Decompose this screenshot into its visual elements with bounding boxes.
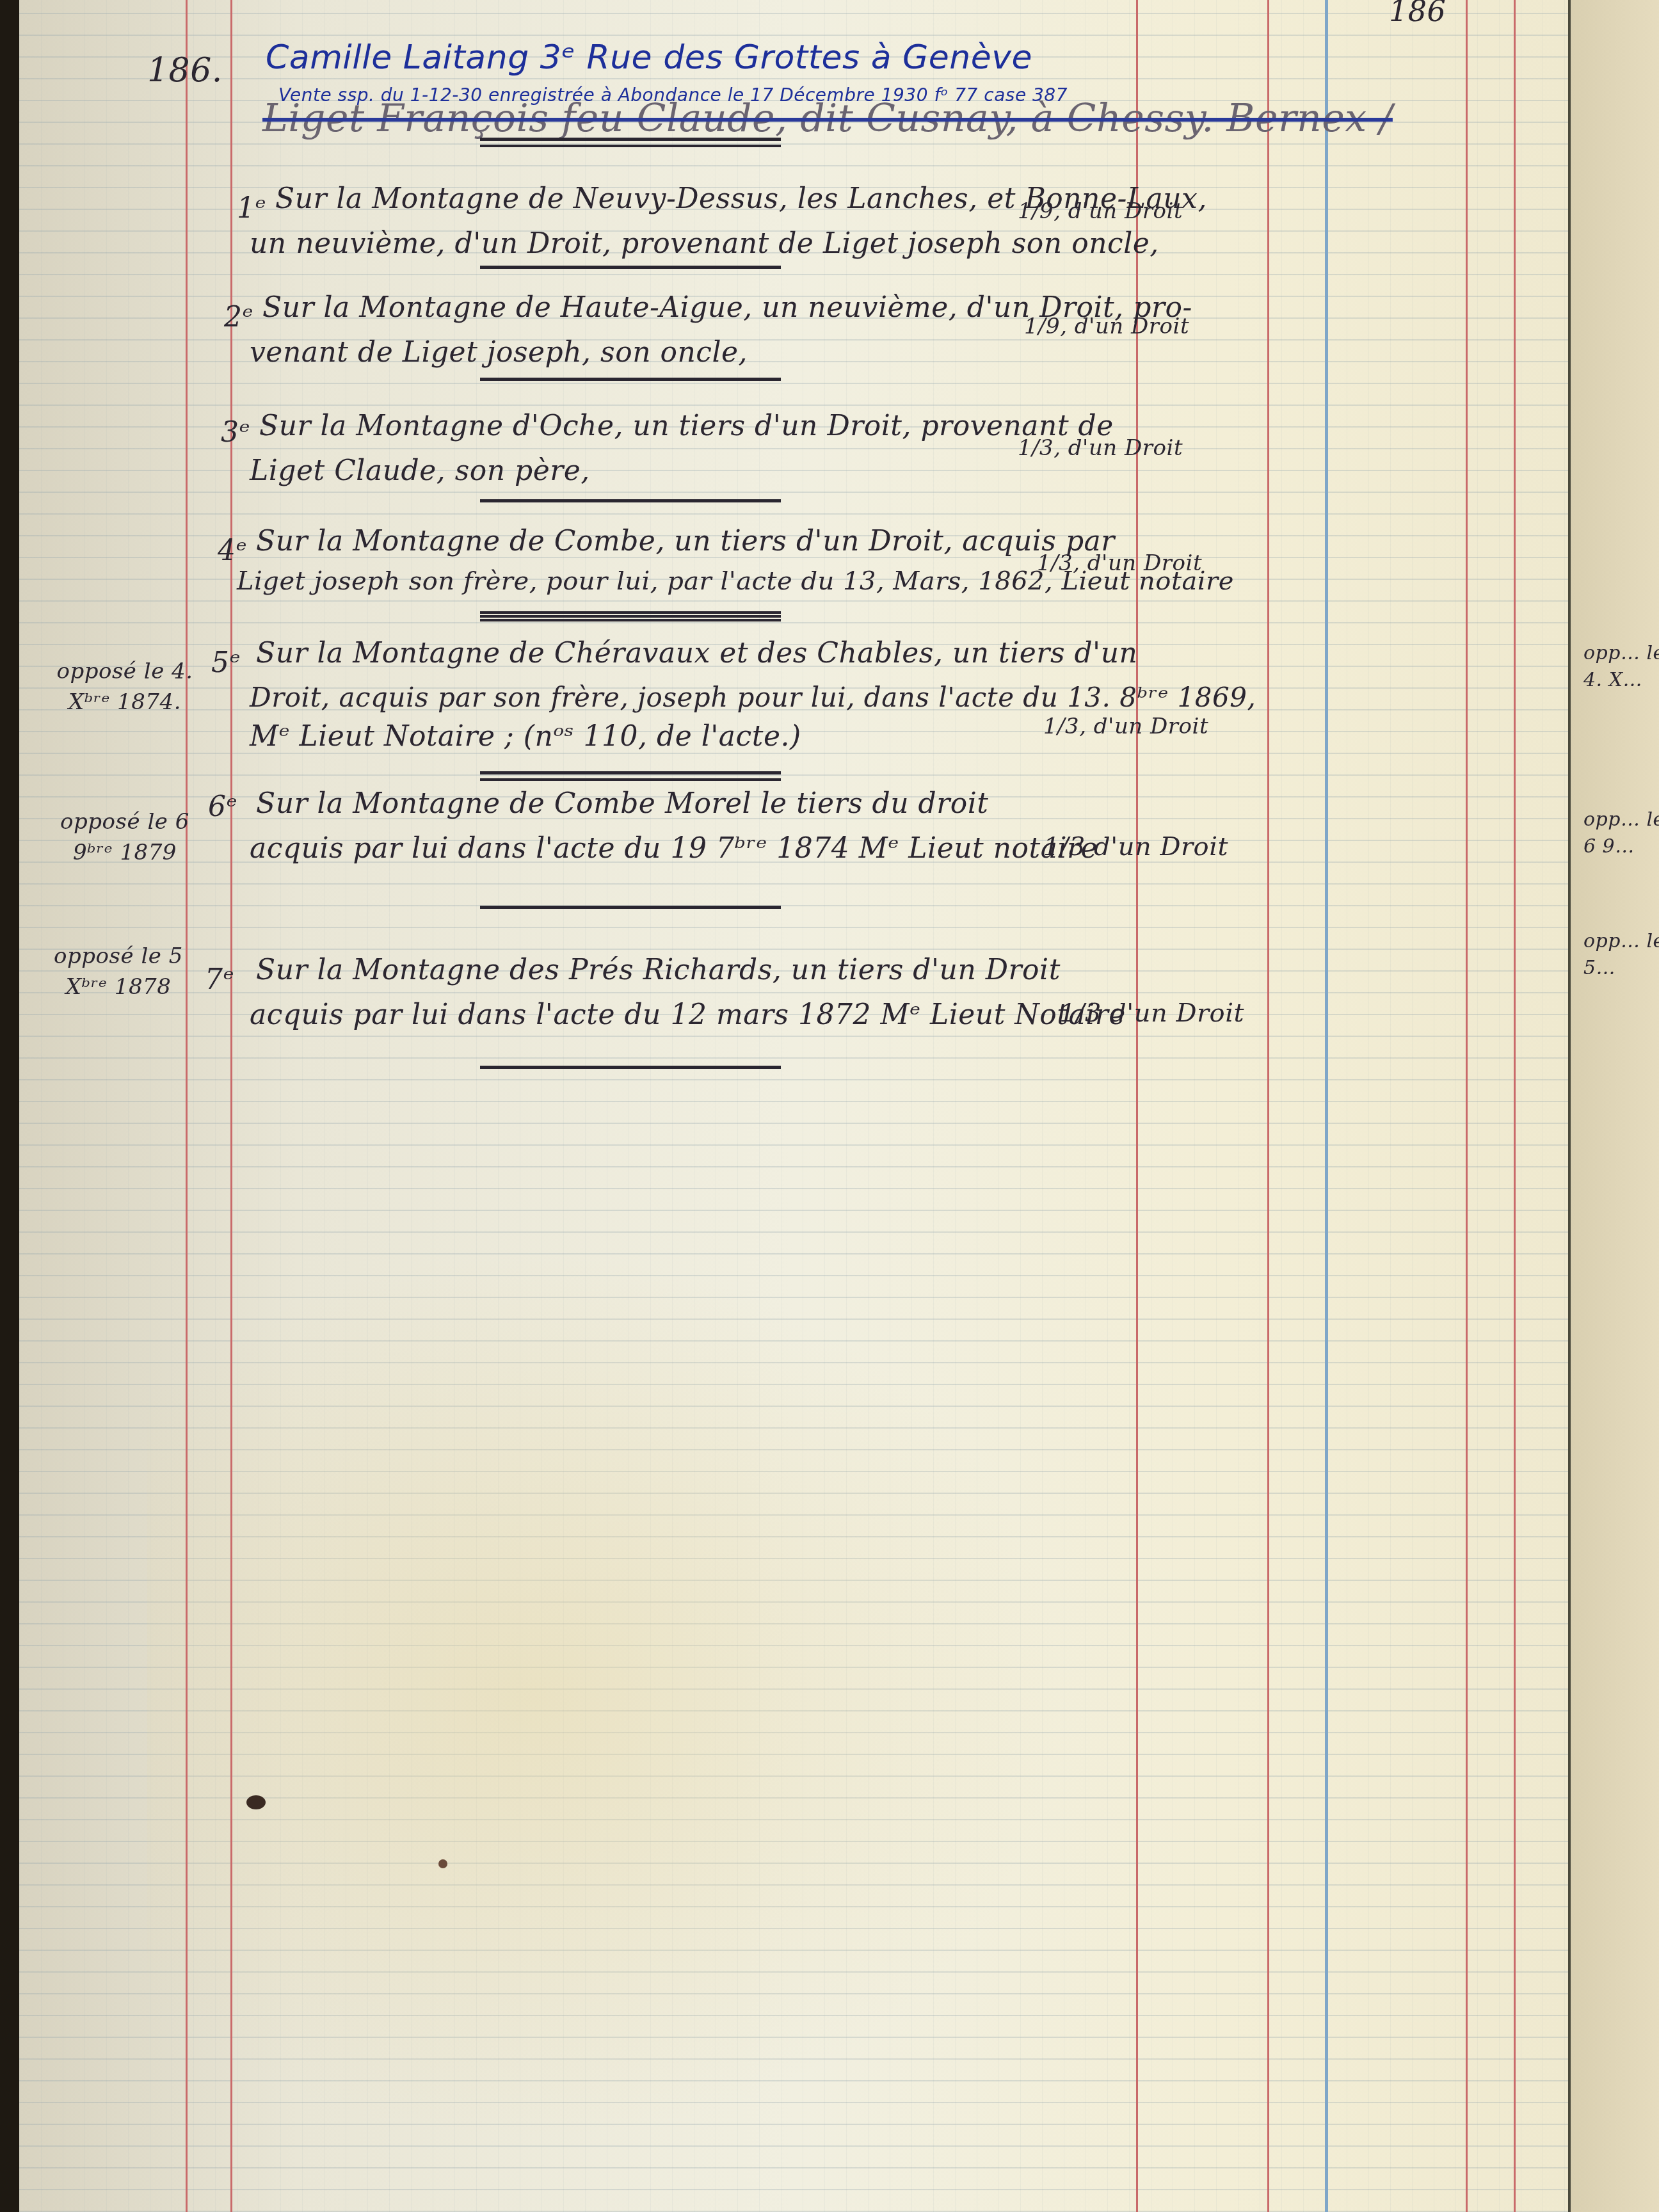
entry-rule	[480, 378, 781, 381]
entry-2-share: 1/9, d'un Droit	[1024, 314, 1189, 339]
entry-3-line2: Liget Claude, son père,	[250, 454, 590, 487]
entry-7-margin-note: opposé le 5 Xᵇʳᵉ 1878	[42, 941, 195, 1002]
header-owner-name: Camille Laitang 3ᵉ Rue des Grottes à Gen…	[266, 38, 1032, 77]
paper-stain	[147, 1216, 1107, 2176]
entry-6-margin-note: opposé le 6 9ᵇʳᵉ 1879	[54, 806, 195, 868]
entry-rule-double	[480, 771, 781, 781]
entry-3-number: 3ᵉ	[221, 416, 250, 449]
entry-3-share: 1/3, d'un Droit	[1018, 435, 1183, 461]
entry-7-number: 7ᵉ	[205, 963, 234, 996]
margin-rule-left	[186, 0, 188, 2212]
ledger-page: 186. 186 Camille Laitang 3ᵉ Rue des Grot…	[19, 0, 1568, 2212]
ink-blot	[246, 1795, 266, 1809]
entry-7-line2: acquis par lui dans l'acte du 12 mars 18…	[250, 998, 1126, 1031]
entry-1-number: 1ᵉ	[237, 192, 266, 225]
column-rule-right-2	[1514, 0, 1516, 2212]
adjacent-margin-note-3: opp… le 5…	[1583, 928, 1659, 982]
entry-rule	[480, 906, 781, 909]
entry-5-line3: Mᵉ Lieut Notaire ; (nᵒˢ 110, de l'acte.)	[250, 720, 801, 753]
entry-2-line2: venant de Liget joseph, son oncle,	[250, 336, 748, 369]
adjacent-margin-note-2: opp… le 6 9…	[1583, 806, 1659, 860]
entry-3-line1: Sur la Montagne d'Oche, un tiers d'un Dr…	[259, 410, 1114, 442]
entry-5-number: 5ᵉ	[211, 646, 241, 679]
section-rule	[480, 138, 781, 147]
entry-4-number: 4ᵉ	[218, 534, 247, 567]
ink-blot	[438, 1859, 447, 1868]
entry-5-margin-note: opposé le 4. Xᵇʳᵉ 1874.	[54, 656, 195, 717]
entry-5-share: 1/3, d'un Droit	[1043, 714, 1208, 739]
entry-rule	[480, 1066, 781, 1069]
entry-4-share: 1/3, d'un Droit	[1037, 550, 1202, 576]
struck-owner-line: Liget François feu Claude, dit Cusnay, à…	[262, 96, 1393, 141]
entry-7-share: 1/3 d'un Droit	[1059, 998, 1244, 1028]
entry-6-share: 1/3 d'un Droit	[1043, 832, 1228, 862]
book-binding	[0, 0, 19, 2212]
entry-rule	[480, 266, 781, 269]
entry-rule	[480, 499, 781, 502]
entry-1-line2: un neuvième, d'un Droit, provenant de Li…	[250, 227, 1159, 260]
folio-number: 186.	[147, 51, 223, 90]
entry-6-line2: acquis par lui dans l'acte du 19 7ᵇʳᵉ 18…	[250, 832, 1098, 865]
column-rule-blue	[1325, 0, 1328, 2212]
folio-number-right: 186	[1389, 0, 1446, 28]
entry-4-line1: Sur la Montagne de Combe, un tiers d'un …	[256, 525, 1115, 557]
column-rule-right-1	[1466, 0, 1468, 2212]
adjacent-margin-note-1: opp… le 4. X…	[1583, 640, 1659, 694]
entry-5-line2: Droit, acquis par son frère, joseph pour…	[250, 682, 1256, 713]
column-rule-share-right	[1267, 0, 1269, 2212]
entry-rule-triple	[480, 611, 781, 621]
entry-5-line1: Sur la Montagne de Chéravaux et des Chab…	[256, 637, 1137, 669]
entry-2-number: 2ᵉ	[224, 301, 253, 333]
entry-6-number: 6ᵉ	[208, 790, 237, 823]
entry-7-line1: Sur la Montagne des Prés Richards, un ti…	[256, 954, 1061, 986]
adjacent-page-edge: opp… le 4. X… opp… le 6 9… opp… le 5…	[1568, 0, 1659, 2212]
entry-6-line1: Sur la Montagne de Combe Morel le tiers …	[256, 787, 988, 820]
entry-1-share: 1/9, d'un Droit	[1018, 198, 1183, 224]
